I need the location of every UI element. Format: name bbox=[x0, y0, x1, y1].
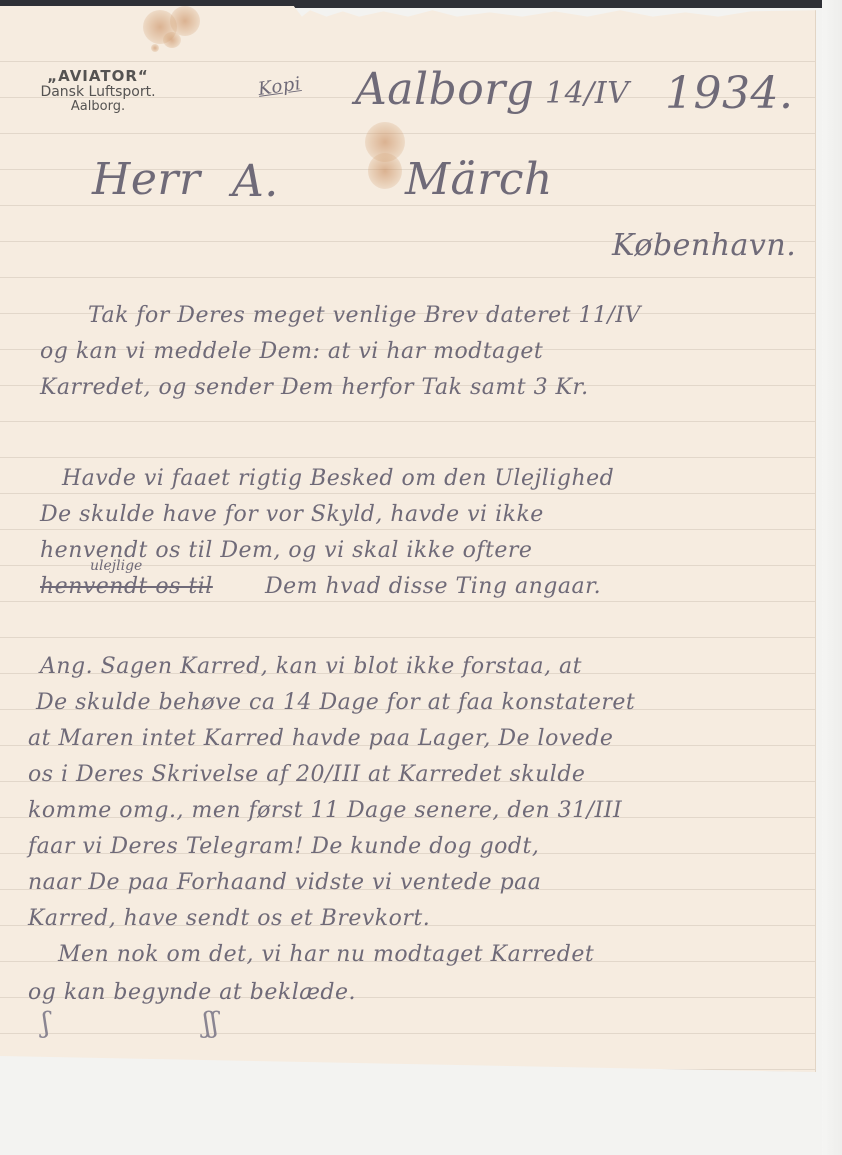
body-line: Tak for Deres meget venlige Brev dateret… bbox=[88, 303, 641, 328]
pen-flourish: ʃ bbox=[42, 1006, 50, 1039]
body-line: at Maren intet Karred havde paa Lager, D… bbox=[28, 726, 613, 751]
copy-mark: Kopi bbox=[257, 73, 303, 100]
body-line: Ang. Sagen Karred, kan vi blot ikke fors… bbox=[40, 654, 582, 679]
stain-mark bbox=[151, 44, 159, 52]
letterhead-city: Aalborg. bbox=[28, 100, 168, 114]
scanned-letter: „AVIATOR“ Dansk Luftsport. Aalborg. Kopi… bbox=[0, 0, 842, 1155]
letter-date: 14/IV bbox=[545, 76, 629, 111]
body-line: naar De paa Forhaand vidste vi ventede p… bbox=[28, 870, 541, 895]
letterhead-subtitle: Dansk Luftsport. bbox=[28, 85, 168, 100]
recipient-city: København. bbox=[612, 228, 796, 263]
letter-place: Aalborg bbox=[355, 64, 534, 115]
body-line: De skulde have for vor Skyld, havde vi i… bbox=[40, 502, 544, 527]
stain-mark bbox=[368, 153, 402, 189]
body-line: De skulde behøve ca 14 Dage for at faa k… bbox=[36, 690, 635, 715]
letter-year: 1934. bbox=[665, 68, 793, 119]
recipient-salutation: Herr bbox=[92, 154, 200, 205]
recipient-initial: A. bbox=[232, 156, 279, 207]
body-line: Karred, have sendt os et Brevkort. bbox=[28, 906, 430, 931]
body-line: og kan vi meddele Dem: at vi har modtage… bbox=[40, 339, 543, 364]
body-line: Men nok om det, vi har nu modtaget Karre… bbox=[58, 942, 594, 967]
scanner-margin bbox=[822, 0, 842, 1155]
letter-paper: „AVIATOR“ Dansk Luftsport. Aalborg. Kopi… bbox=[0, 6, 816, 1072]
body-line: os i Deres Skrivelse af 20/III at Karred… bbox=[28, 762, 585, 787]
body-line: Havde vi faaet rigtig Besked om den Ulej… bbox=[62, 466, 614, 491]
body-line: og kan begynde at beklæde. bbox=[28, 980, 356, 1005]
stain-mark bbox=[163, 32, 181, 48]
letterhead: „AVIATOR“ Dansk Luftsport. Aalborg. bbox=[28, 68, 168, 114]
struck-text: henvendt os til bbox=[40, 574, 213, 599]
recipient-surname: Märch bbox=[405, 154, 553, 205]
insertion-note: ulejlige bbox=[90, 558, 142, 574]
pen-flourish: ʃʃ bbox=[203, 1006, 218, 1039]
body-line: faar vi Deres Telegram! De kunde dog god… bbox=[28, 834, 539, 859]
letterhead-company: „AVIATOR“ bbox=[28, 68, 168, 85]
body-line: Karredet, og sender Dem herfor Tak samt … bbox=[40, 375, 589, 400]
body-line: Dem hvad disse Ting angaar. bbox=[265, 574, 601, 599]
body-line: komme omg., men først 11 Dage senere, de… bbox=[28, 798, 622, 823]
